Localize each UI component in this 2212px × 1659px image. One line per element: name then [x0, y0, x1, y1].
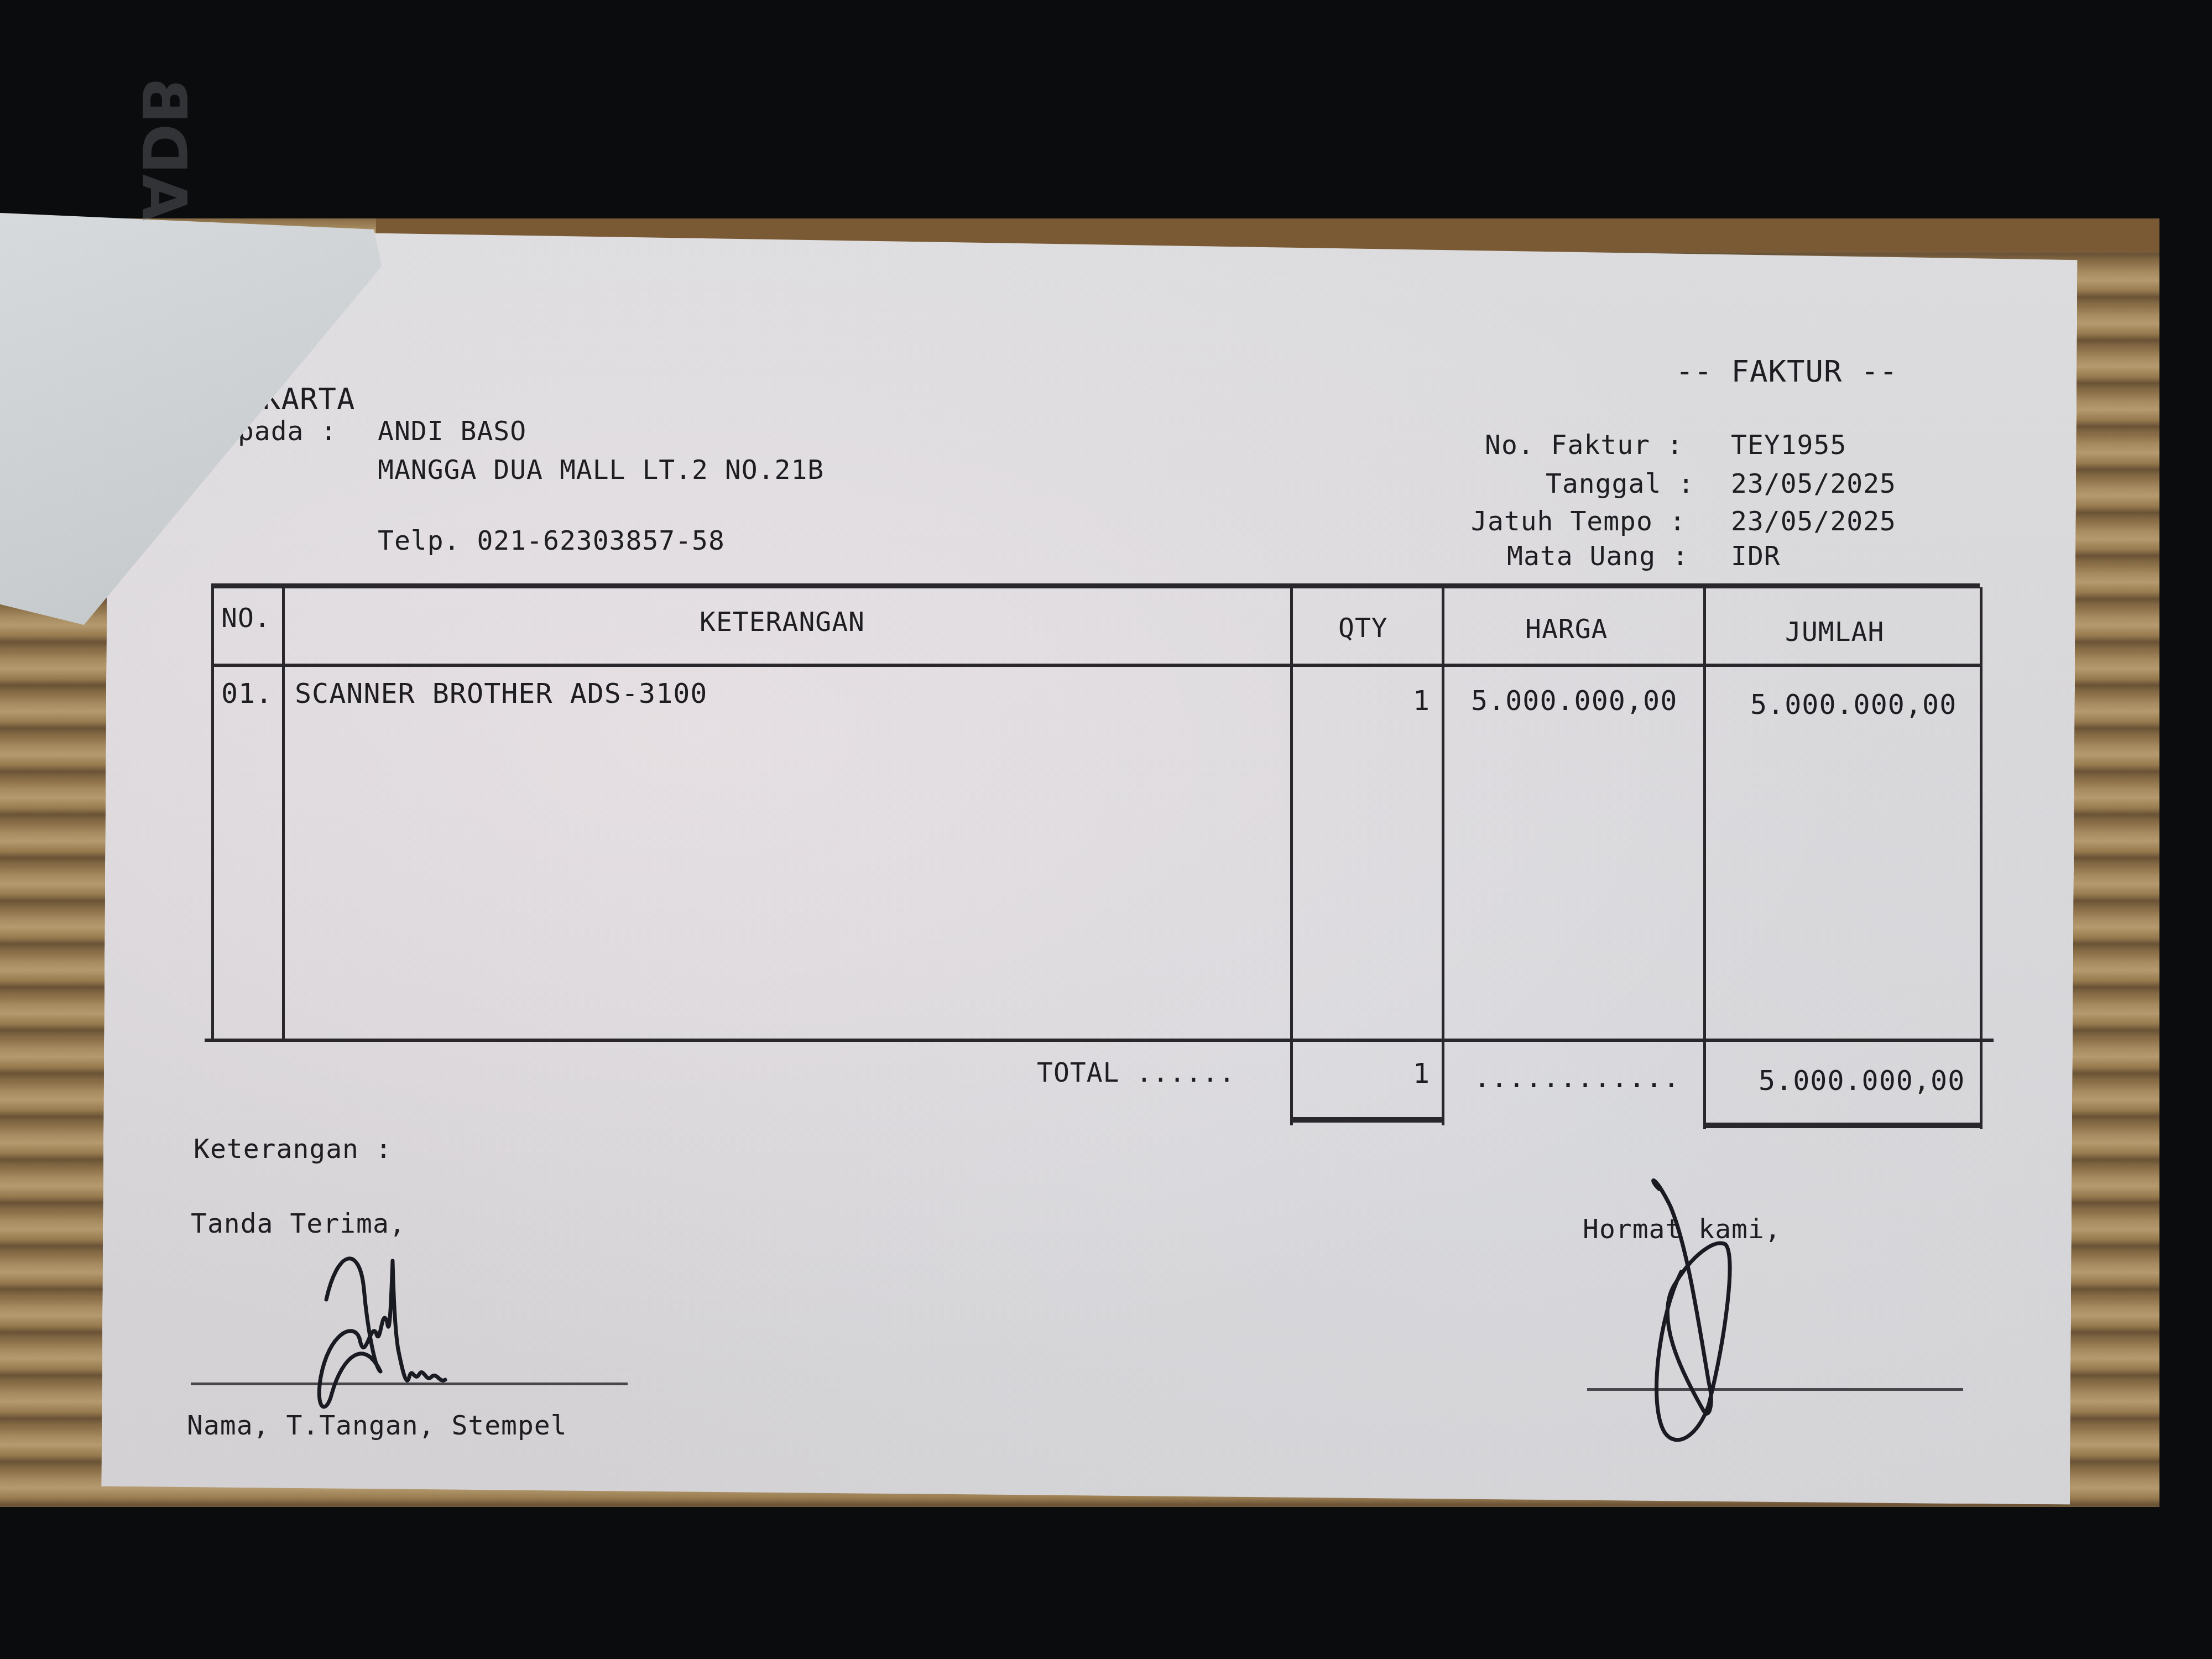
col-header-amount: JUMLAH — [1785, 617, 1884, 648]
row-description: SCANNER BROTHER ADS-3100 — [295, 677, 707, 709]
row-qty: 1 — [1413, 685, 1430, 717]
col-divider-qty-right — [1442, 586, 1444, 1125]
total-amount: 5.000.000,00 — [1759, 1065, 1965, 1097]
recipient-name: ANDI BASO — [378, 416, 526, 447]
total-qty: 1 — [1413, 1057, 1430, 1089]
total-label: TOTAL ...... — [1037, 1057, 1235, 1088]
document-type-title: -- FAKTUR -- — [1676, 354, 1898, 389]
receiver-signature — [299, 1239, 531, 1416]
total-qty-box-bottom — [1290, 1117, 1444, 1123]
row-no: 01. — [221, 677, 273, 709]
table-body-bottom-border — [205, 1039, 1994, 1042]
currency-label: Mata Uang : — [1507, 541, 1689, 572]
row-amount: 5.000.000,00 — [1750, 688, 1957, 721]
table-right-border — [1980, 587, 1983, 1129]
col-divider-jumlah-left — [1703, 587, 1706, 1129]
due-date-value: 23/05/2025 — [1731, 506, 1896, 537]
col-divider-no — [282, 583, 285, 1041]
table-top-border — [213, 583, 1980, 588]
notes-label: Keterangan : — [194, 1134, 392, 1165]
row-price: 5.000.000,00 — [1471, 685, 1677, 717]
invoice-date-value: 23/05/2025 — [1731, 468, 1896, 499]
recipient-phone: Telp. 021-62303857-58 — [378, 525, 725, 556]
total-amount-box-bottom — [1703, 1123, 1983, 1128]
received-by-label: Tanda Terima, — [191, 1208, 406, 1239]
recipient-address: MANGGA DUA MALL LT.2 NO.21B — [378, 455, 824, 486]
due-date-label: Jatuh Tempo : — [1471, 506, 1686, 537]
invoice-date-label: Tanggal : — [1546, 468, 1694, 499]
col-header-qty: QTY — [1338, 613, 1388, 644]
sender-signature — [1626, 1172, 1792, 1471]
invoice-number-label: No. Faktur : — [1485, 430, 1683, 461]
total-price-filler: ............ — [1474, 1062, 1680, 1094]
col-header-no: NO. — [221, 603, 271, 634]
folded-paper-ghost-text: ADB — [128, 77, 199, 221]
col-divider-qty-left — [1290, 586, 1293, 1125]
invoice-number-value: TEY1955 — [1731, 430, 1846, 461]
currency-value: IDR — [1731, 541, 1781, 572]
table-left-border — [211, 583, 214, 1041]
col-header-description: KETERANGAN — [700, 607, 865, 638]
col-header-price: HARGA — [1525, 614, 1608, 645]
table-header-separator — [213, 664, 1980, 667]
